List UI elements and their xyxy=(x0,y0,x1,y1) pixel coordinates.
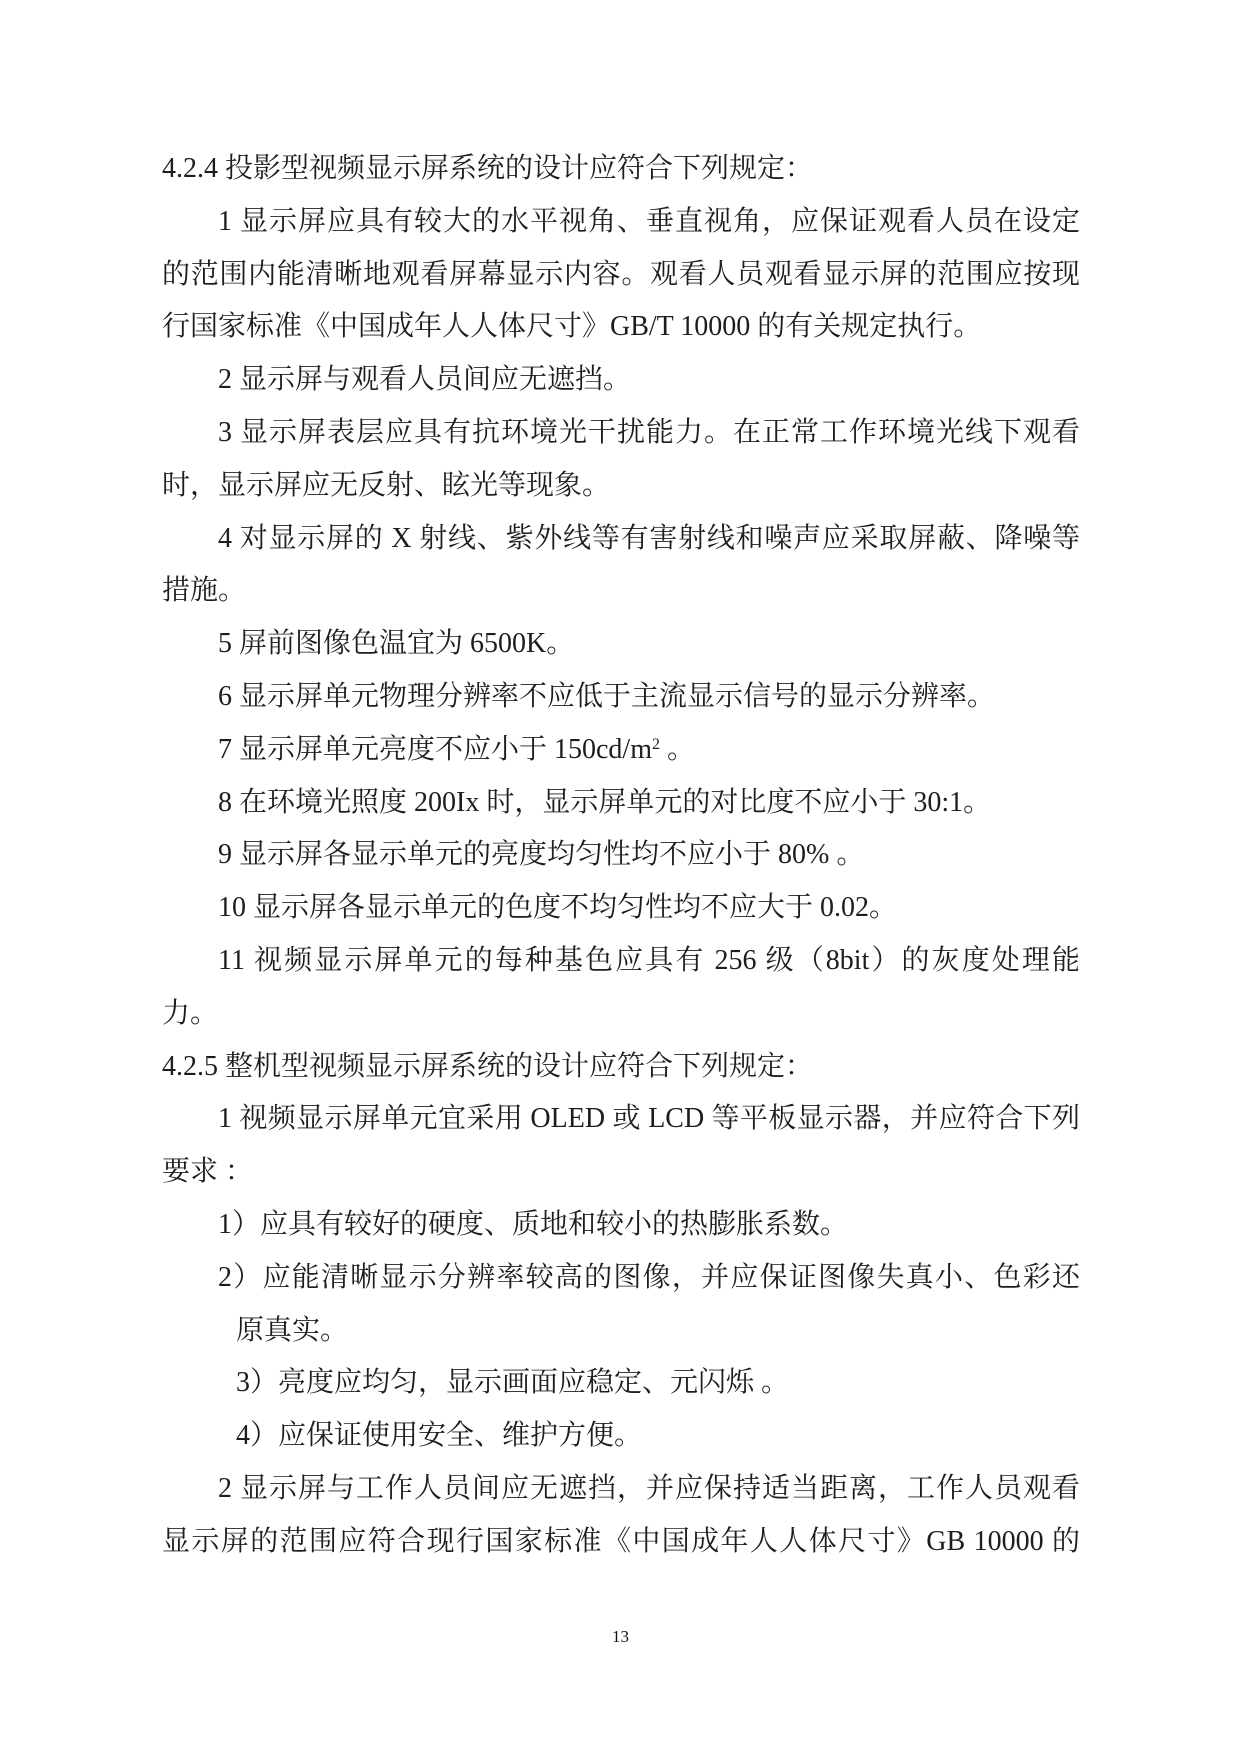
text-line: 原真实。 xyxy=(162,1305,1080,1358)
text-line: 7 显示屏单元亮度不应小于 150cd/m2 。 xyxy=(162,724,1080,777)
section-heading-4-2-5: 4.2.5 整机型视频显示屏系统的设计应符合下列规定： xyxy=(162,1041,1080,1094)
text-line: 1）应具有较好的硬度、质地和较小的热膨胀系数。 xyxy=(162,1199,1080,1252)
text-line: 5 屏前图像色温宜为 6500K。 xyxy=(162,618,1080,671)
section-heading-4-2-4: 4.2.4 投影型视频显示屏系统的设计应符合下列规定： xyxy=(162,143,1080,196)
text-line: 时，显示屏应无反射、眩光等现象。 xyxy=(162,460,1080,513)
text-line: 3 显示屏表层应具有抗环境光干扰能力。在正常工作环境光线下观看 xyxy=(162,407,1080,460)
document-page: 4.2.4 投影型视频显示屏系统的设计应符合下列规定： 1 显示屏应具有较大的水… xyxy=(0,0,1241,1754)
text-line: 2 显示屏与观看人员间应无遮挡。 xyxy=(162,354,1080,407)
text-line: 1 显示屏应具有较大的水平视角、垂直视角，应保证观看人员在设定 xyxy=(162,196,1080,249)
text-line: 11 视频显示屏单元的每种基色应具有 256 级（8bit）的灰度处理能 xyxy=(162,935,1080,988)
text-line: 8 在环境光照度 200Ix 时，显示屏单元的对比度不应小于 30:1。 xyxy=(162,777,1080,830)
text-line: 行国家标准《中国成年人人体尺寸》GB/T 10000 的有关规定执行。 xyxy=(162,301,1080,354)
text-line: 2）应能清晰显示分辨率较高的图像，并应保证图像失真小、色彩还 xyxy=(162,1252,1080,1305)
text-line: 2 显示屏与工作人员间应无遮挡，并应保持适当距离，工作人员观看 xyxy=(162,1463,1080,1516)
text-line: 的范围内能清晰地观看屏幕显示内容。观看人员观看显示屏的范围应按现 xyxy=(162,249,1080,302)
text-line: 6 显示屏单元物理分辨率不应低于主流显示信号的显示分辨率。 xyxy=(162,671,1080,724)
text-line: 4）应保证使用安全、维护方便。 xyxy=(162,1410,1080,1463)
text-line: 显示屏的范围应符合现行国家标准《中国成年人人体尺寸》GB 10000 的 xyxy=(162,1516,1080,1569)
document-body: 4.2.4 投影型视频显示屏系统的设计应符合下列规定： 1 显示屏应具有较大的水… xyxy=(162,143,1080,1569)
text-line: 4 对显示屏的 X 射线、紫外线等有害射线和噪声应采取屏蔽、降噪等 xyxy=(162,513,1080,566)
superscript-2: 2 xyxy=(652,736,660,753)
page-number: 13 xyxy=(0,1622,1241,1652)
text-line: 10 显示屏各显示单元的色度不均匀性均不应大于 0.02。 xyxy=(162,882,1080,935)
line-text: 。 xyxy=(660,734,695,765)
text-line: 力。 xyxy=(162,988,1080,1041)
text-line: 要求 ： xyxy=(162,1146,1080,1199)
text-line: 1 视频显示屏单元宜采用 OLED 或 LCD 等平板显示器，并应符合下列 xyxy=(162,1093,1080,1146)
line-text: 7 显示屏单元亮度不应小于 150cd/m xyxy=(218,734,652,765)
text-line: 3）亮度应均匀，显示画面应稳定、元闪烁 。 xyxy=(162,1357,1080,1410)
text-line: 措施。 xyxy=(162,565,1080,618)
text-line: 9 显示屏各显示单元的亮度均匀性均不应小于 80% 。 xyxy=(162,829,1080,882)
